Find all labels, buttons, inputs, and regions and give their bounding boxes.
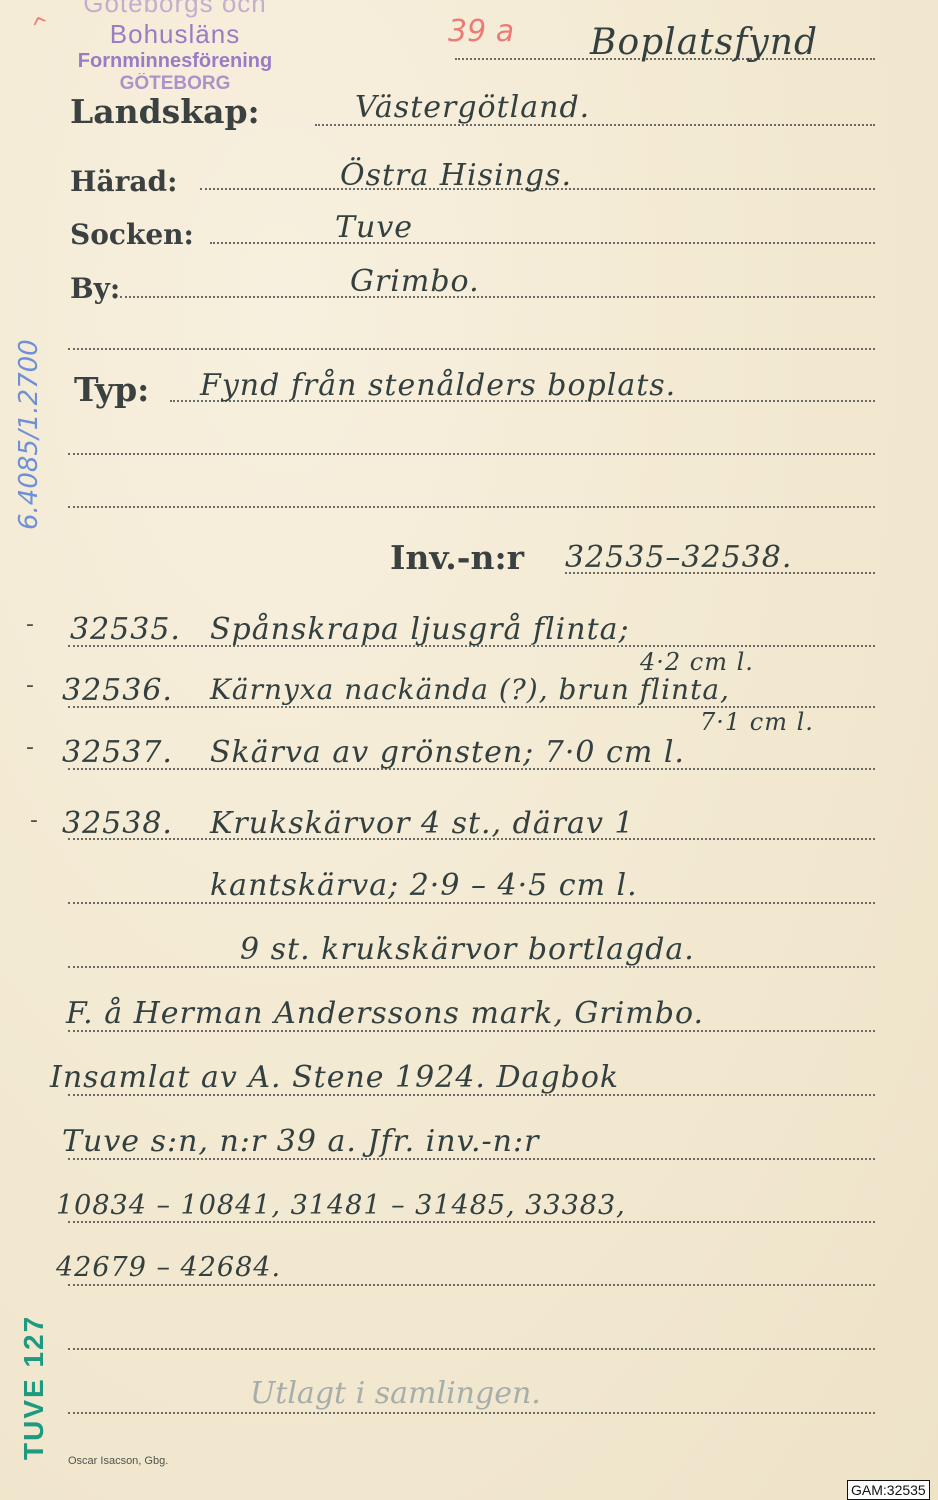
socken-dotted-line	[210, 242, 875, 244]
note-dotted-line	[68, 1221, 875, 1223]
item-number: 32536.	[62, 673, 173, 708]
socken-value: Tuve	[335, 210, 413, 245]
site-number: 39 a	[448, 14, 514, 49]
tick-mark: -	[26, 612, 34, 637]
note-line: Tuve s:n, n:r 39 a. Jfr. inv.-n:r	[62, 1124, 539, 1159]
typ-value: Fynd från stenålders boplats.	[200, 368, 676, 403]
item-description: Kärnyxa nackända (?), brun flinta,	[210, 673, 730, 706]
harad-label: Härad:	[70, 165, 177, 198]
tick-mark: -	[26, 735, 34, 760]
note-line: 42679 – 42684.	[56, 1252, 281, 1283]
item-number: 32535.	[70, 612, 181, 647]
note-line: F. å Herman Anderssons mark, Grimbo.	[66, 996, 704, 1031]
tick-mark: -	[26, 673, 34, 698]
by-value: Grimbo.	[350, 264, 480, 299]
tick-mark: -	[30, 808, 38, 833]
item-description: Skärva av grönsten; 7·0 cm l.	[210, 735, 685, 770]
item-description: Krukskärvor 4 st., därav 1	[210, 806, 635, 841]
pencil-dotted-line	[68, 1412, 875, 1414]
by-dotted-line	[120, 296, 875, 298]
note-line: 10834 – 10841, 31481 – 31485, 33383,	[56, 1190, 626, 1221]
inv-label: Inv.-n:r	[390, 538, 524, 577]
pencil-note: Utlagt i samlingen.	[250, 1376, 541, 1411]
landskap-value: Västergötland.	[355, 90, 590, 125]
landskap-label: Landskap:	[70, 92, 260, 131]
stamp-line-3: Fornminnesförening	[45, 50, 305, 73]
item-number: 32537.	[62, 735, 173, 770]
inv-value: 32535–32538.	[565, 540, 792, 575]
continuation-line: kantskärva; 2·9 – 4·5 cm l.	[210, 868, 638, 903]
continuation-line: 9 st. krukskärvor bortlagda.	[240, 932, 695, 967]
stamp-line-1: Göteborgs och	[45, 0, 305, 19]
printer-imprint: Oscar Isacson, Gbg.	[68, 1455, 168, 1467]
typ-label: Typ:	[74, 370, 149, 409]
item-measure: 7·1 cm l.	[700, 708, 814, 736]
catalog-id: GAM:32535	[847, 1480, 930, 1500]
by-label: By:	[70, 272, 120, 305]
blank-dotted-line-4	[68, 1348, 875, 1350]
card-heading: Boplatsfynd	[590, 22, 818, 63]
blank-dotted-line-3	[68, 506, 875, 508]
note-dotted-line	[68, 1284, 875, 1286]
side-stamp: TUVE 127	[18, 1315, 50, 1460]
item-number: 32538.	[62, 806, 173, 841]
harad-value: Östra Hisings.	[340, 158, 572, 193]
note-line: Insamlat av A. Stene 1924. Dagbok	[50, 1060, 619, 1095]
margin-note-blue: 6.4085/1.2700	[14, 339, 44, 530]
society-stamp: Göteborgs och Bohusläns Fornminnesföreni…	[45, 0, 305, 95]
stamp-line-2: Bohusläns	[45, 19, 305, 50]
item-description: Spånskrapa ljusgrå flinta;	[210, 612, 630, 647]
blank-dotted-line-2	[68, 453, 875, 455]
item-measure: 4·2 cm l.	[640, 648, 754, 676]
socken-label: Socken:	[70, 218, 194, 251]
blank-dotted-line-1	[68, 348, 875, 350]
